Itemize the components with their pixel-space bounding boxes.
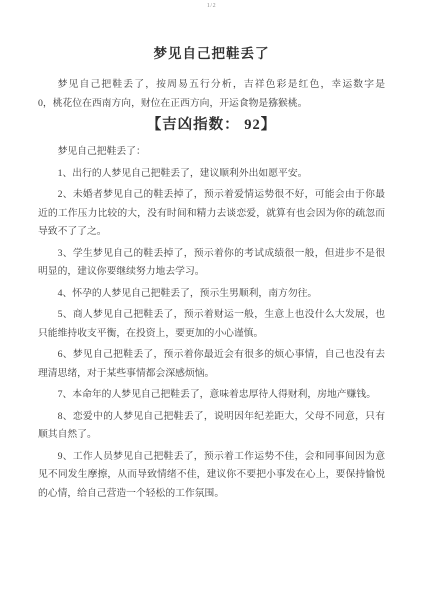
interpretation-item-2: 2、未婚者梦见自己的鞋丢掉了，预示着爱情运势很不好，可能会由于你最近的工作压力比…	[38, 186, 385, 242]
interpretation-item-3: 3、学生梦见自己的鞋丢掉了，预示着你的考试成绩很一般，但进步不是很明显的，建议你…	[38, 245, 385, 282]
interpretation-item-7: 7、本命年的人梦见自己把鞋丢了，意味着忠厚待人得财利，房地产赚钱。	[38, 386, 385, 405]
interpretation-item-8: 8、恋爱中的人梦见自己把鞋丢了，说明因年纪差距大，父母不同意，只有顺其自然了。	[38, 408, 385, 445]
document-page: 1/2 梦见自己把鞋丢了 梦见自己把鞋丢了，按周易五行分析，吉祥色彩是红色，幸运…	[0, 0, 423, 600]
interpretation-item-1: 1、出行的人梦见自己把鞋丢了，建议顺利外出如愿平安。	[38, 165, 385, 184]
interpretation-item-4: 4、怀孕的人梦见自己把鞋丢了，预示生男顺利，南方勿往。	[38, 285, 385, 304]
interpretation-item-9: 9、工作人员梦见自己把鞋丢了，预示着工作运势不佳，会和同事间因为意见不同发生摩擦…	[38, 448, 385, 504]
interpretation-item-6: 6、梦见自己把鞋丢了，预示着你最近会有很多的烦心事情，自己也没有去理清思绪，对于…	[38, 346, 385, 383]
interpretation-list: 1、出行的人梦见自己把鞋丢了，建议顺利外出如愿平安。 2、未婚者梦见自己的鞋丢掉…	[38, 165, 385, 504]
interpretation-item-5: 5、商人梦见自己把鞋丢了，预示着财运一般，生意上也没什么大发展，也只能维持收支平…	[38, 306, 385, 343]
page-number-indicator: 1/2	[38, 2, 385, 10]
list-lead-line: 梦见自己把鞋丢了：	[38, 143, 385, 162]
document-title: 梦见自己把鞋丢了	[38, 44, 385, 63]
intro-paragraph: 梦见自己把鞋丢了，按周易五行分析，吉祥色彩是红色，幸运数字是 0，桃花位在西南方…	[38, 76, 385, 113]
luck-index-heading: 【吉凶指数： 92】	[38, 115, 385, 135]
